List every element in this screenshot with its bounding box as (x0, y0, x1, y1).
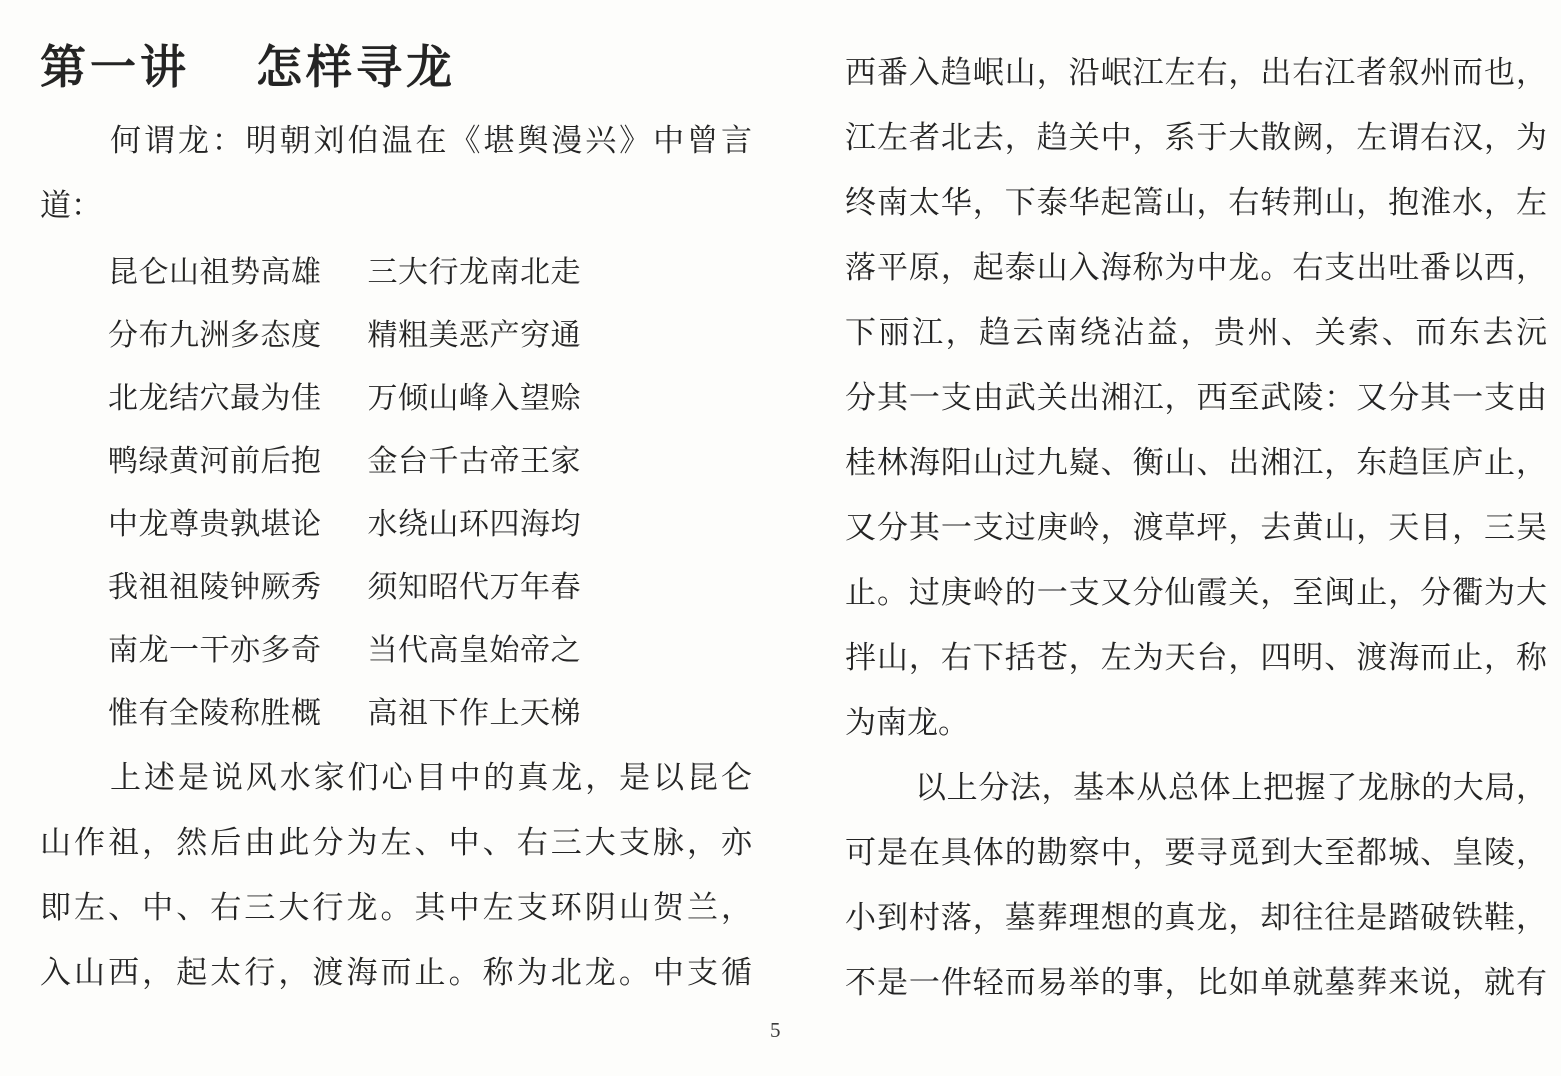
text-line: 为南龙。 (845, 690, 1547, 755)
verse-line: 南龙一干亦多奇 当代高皇始帝之 (40, 619, 752, 682)
text-line: 可是在具体的勘察中，要寻觅到大至都城、皇陵， (845, 820, 1547, 885)
verse-hemistich-right: 高祖下作上天梯 (368, 682, 582, 745)
text-line: 不是一件轻而易举的事，比如单就墓葬来说，就有 (845, 950, 1547, 1015)
text-line: 即左、中、右三大行龙。其中左支环阴山贺兰， (40, 875, 752, 940)
text-line: 入山西，起太行，渡海而止。称为北龙。中支循 (40, 940, 752, 1005)
verse-hemistich-right: 万倾山峰入望赊 (368, 367, 582, 430)
verse-hemistich-left: 昆仑山祖势高雄 (108, 241, 322, 304)
verse-hemistich-right: 金台千古帝王家 (368, 430, 582, 493)
text-line: 拌山，右下括苍，左为天台，四明、渡海而止，称 (845, 625, 1547, 690)
chapter-title: 第一讲 怎样寻龙 (40, 40, 752, 96)
text-line: 终南太华，下泰华起篙山，右转荆山，抱淮水，左 (845, 170, 1547, 235)
text-line: 山作祖，然后由此分为左、中、右三大支脉，亦 (40, 810, 752, 875)
chapter-heading: 怎样寻龙 (256, 40, 456, 96)
text-line: 桂林海阳山过九嶷、衡山、出湘江，东趋匡庐止， (845, 430, 1547, 495)
verse-hemistich-right: 水绕山环四海均 (368, 493, 582, 556)
verse-hemistich-left: 分布九洲多态度 (108, 304, 322, 367)
verse-hemistich-left: 我祖祖陵钟厥秀 (108, 556, 322, 619)
document-page: 第一讲 怎样寻龙 何谓龙：明朝刘伯温在《堪舆漫兴》中曾言 道： 昆仑山祖势高雄 … (0, 0, 1561, 1076)
right-column: 西番入趋岷山，沿岷江左右，出右江者叙州而也， 江左者北去，趋关中，系于大散阙，左… (845, 40, 1547, 1015)
text-line: 落平原，起泰山入海称为中龙。右支出吐番以西， (845, 235, 1547, 300)
verse-hemistich-left: 北龙结穴最为佳 (108, 367, 322, 430)
verse-line: 北龙结穴最为佳 万倾山峰入望赊 (40, 367, 752, 430)
chapter-number: 第一讲 (40, 40, 190, 96)
text-line: 江左者北去，趋关中，系于大散阙，左谓右汉，为 (845, 105, 1547, 170)
verse-hemistich-left: 中龙尊贵孰堪论 (108, 493, 322, 556)
verse-hemistich-right: 三大行龙南北走 (368, 241, 582, 304)
text-line: 小到村落，墓葬理想的真龙，却往往是踏破铁鞋， (845, 885, 1547, 950)
intro-line: 何谓龙：明朝刘伯温在《堪舆漫兴》中曾言 (40, 108, 752, 173)
verse-hemistich-right: 精粗美恶产穷通 (368, 304, 582, 367)
page-number: 5 (770, 1018, 781, 1043)
verse-block: 昆仑山祖势高雄 三大行龙南北走 分布九洲多态度 精粗美恶产穷通 北龙结穴最为佳 … (40, 241, 752, 745)
text-line: 止。过庚岭的一支又分仙霞关，至闽止，分衢为大 (845, 560, 1547, 625)
text-line: 又分其一支过庚岭，渡草坪，去黄山，天目，三吴 (845, 495, 1547, 560)
verse-line: 我祖祖陵钟厥秀 须知昭代万年春 (40, 556, 752, 619)
verse-hemistich-right: 须知昭代万年春 (368, 556, 582, 619)
verse-line: 惟有全陵称胜概 高祖下作上天梯 (40, 682, 752, 745)
text-line: 分其一支由武关出湘江，西至武陵：又分其一支由 (845, 365, 1547, 430)
text-line: 以上分法，基本从总体上把握了龙脉的大局， (845, 755, 1547, 820)
verse-line: 中龙尊贵孰堪论 水绕山环四海均 (40, 493, 752, 556)
text-line: 西番入趋岷山，沿岷江左右，出右江者叙州而也， (845, 40, 1547, 105)
verse-line: 鸭绿黄河前后抱 金台千古帝王家 (40, 430, 752, 493)
verse-hemistich-left: 鸭绿黄河前后抱 (108, 430, 322, 493)
intro-line: 道： (40, 173, 752, 238)
left-column: 第一讲 怎样寻龙 何谓龙：明朝刘伯温在《堪舆漫兴》中曾言 道： 昆仑山祖势高雄 … (40, 40, 752, 1005)
verse-hemistich-right: 当代高皇始帝之 (368, 619, 582, 682)
verse-hemistich-left: 惟有全陵称胜概 (108, 682, 322, 745)
verse-line: 昆仑山祖势高雄 三大行龙南北走 (40, 241, 752, 304)
text-line: 下丽江，趋云南绕沾益，贵州、关索、而东去沅陵。 (845, 300, 1547, 365)
verse-hemistich-left: 南龙一干亦多奇 (108, 619, 322, 682)
verse-line: 分布九洲多态度 精粗美恶产穷通 (40, 304, 752, 367)
text-line: 上述是说风水家们心目中的真龙，是以昆仑 (40, 745, 752, 810)
